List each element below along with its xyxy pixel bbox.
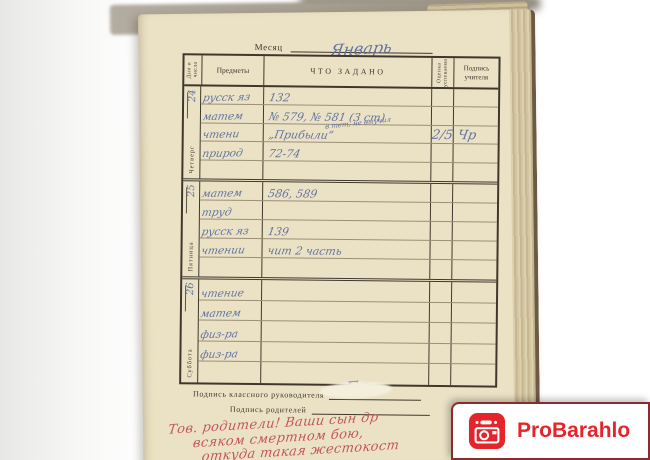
teacher-sign-entry: Чр — [456, 128, 477, 143]
subject-entry: матем — [201, 187, 243, 200]
day-block-friday: 25 Пятница матем 586, 589 труд русск яз — [182, 178, 497, 279]
day-date: 26 — [185, 282, 196, 295]
lesson-rows: чтение матем физ-ра физ-ра — [198, 279, 496, 385]
day-date: 24 — [187, 89, 198, 102]
subject-entry: труд — [201, 206, 233, 219]
day-column: 26 Суббота — [181, 279, 199, 382]
col-teacher-header: Подпись учителя — [453, 58, 498, 87]
day-block-saturday: 26 Суббота чтение матем физ-ра — [181, 276, 496, 385]
lesson-rows: матем 586, 589 труд русск яз 139 чтении — [199, 181, 497, 279]
photo-scene: Месяц Январь Дни и числа Предметы ЧТО ЗА… — [0, 0, 650, 460]
teacher-red-note: Тов. родители! Ваши сын др всяком смертн… — [168, 404, 500, 460]
class-teacher-label: Подпись классного руководителя — [193, 389, 324, 399]
col-tasks-header: ЧТО ЗАДАНО — [263, 56, 431, 87]
subject-entry: природ — [201, 147, 243, 160]
probarahlo-logo-icon — [468, 412, 506, 450]
day-name: Четверг — [188, 145, 195, 173]
task-entry: 139 — [267, 225, 290, 238]
month-line: Месяц Январь — [255, 34, 433, 54]
task-entry: 72-74 — [267, 147, 301, 160]
probarahlo-brand-text: ProBarahlo — [517, 419, 630, 443]
task-entry: 586, 589 — [267, 187, 318, 200]
lesson-rows: русск яз 132 матем № 579, № 581 (3 ст) ч… — [200, 86, 498, 181]
day-name: Суббота — [186, 348, 193, 377]
subject-entry: матем — [202, 110, 244, 123]
day-date: 25 — [186, 184, 197, 197]
month-underline: Январь — [291, 34, 433, 53]
task-entry: 132 — [268, 92, 291, 105]
subject-entry: русск яз — [200, 225, 249, 238]
day-column: 25 Пятница — [182, 181, 200, 276]
month-label: Месяц — [255, 42, 283, 52]
table-header: Дни и числа Предметы ЧТО ЗАДАНО Оценка у… — [184, 55, 498, 89]
subject-entry: матем — [200, 307, 242, 320]
grade-entry: 2/5 — [430, 128, 454, 143]
subject-entry: чтении — [200, 244, 246, 257]
homework-table: Дни и числа Предметы ЧТО ЗАДАНО Оценка у… — [179, 53, 500, 387]
day-block-thursday: 24 Четверг русск яз 132 матем № 579, № 5… — [183, 86, 498, 181]
subject-entry: физ-ра — [199, 349, 239, 362]
col-day-header: Дни и числа — [184, 55, 201, 84]
col-subjects-header: Предметы — [201, 55, 263, 85]
task-entry: чит 2 часть — [266, 244, 343, 258]
subject-entry: чтение — [200, 287, 245, 300]
day-column: 24 Четверг — [183, 86, 201, 178]
probarahlo-watermark: ProBarahlo — [451, 402, 650, 460]
parents-label: Подпись родителей — [230, 405, 307, 415]
day-name: Пятница — [187, 241, 194, 271]
diary-page: Месяц Январь Дни и числа Предметы ЧТО ЗА… — [138, 10, 540, 460]
subject-entry: русск яз — [202, 92, 251, 105]
subject-entry: чтени — [201, 128, 240, 141]
col-grade-header: Оценка успеваемости — [431, 58, 453, 87]
subject-entry: физ-ра — [199, 328, 239, 341]
